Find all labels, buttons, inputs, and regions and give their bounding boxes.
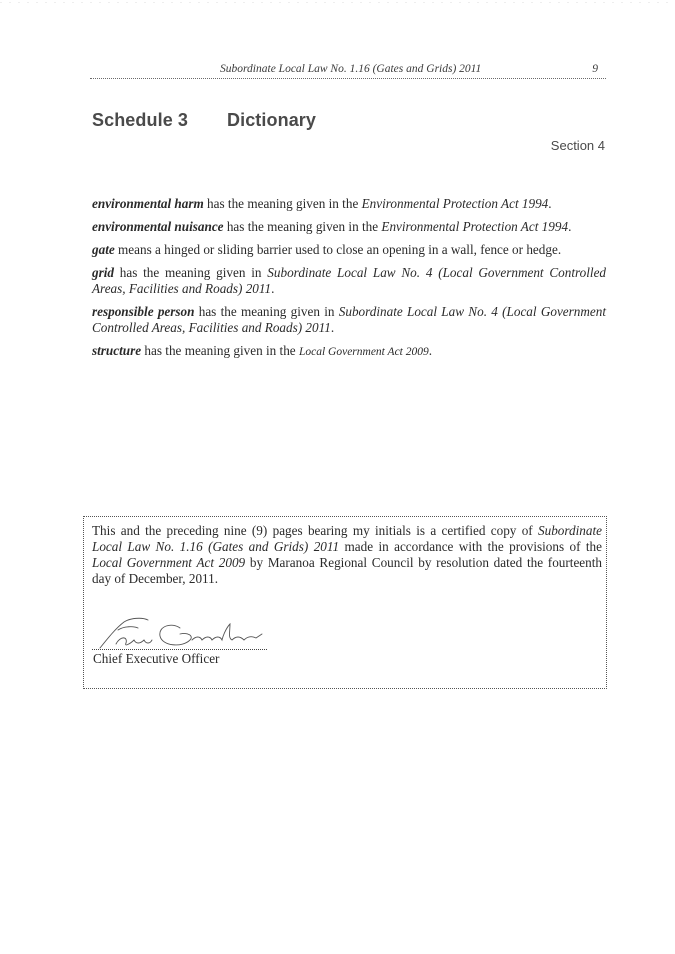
- act-reference: Local Government Act 2009: [299, 346, 429, 358]
- definition-term: grid: [92, 265, 114, 280]
- definition-term: environmental nuisance: [92, 219, 224, 234]
- signature-line: [92, 649, 267, 650]
- definitions-list: environmental harm has the meaning given…: [92, 196, 606, 367]
- definition-responsible-person: responsible person has the meaning given…: [92, 304, 606, 336]
- definition-environmental-nuisance: environmental nuisance has the meaning g…: [92, 219, 606, 235]
- act-reference: Local Government Act 2009: [92, 555, 245, 570]
- running-header: Subordinate Local Law No. 1.16 (Gates an…: [90, 62, 606, 79]
- certification-box: This and the preceding nine (9) pages be…: [83, 516, 607, 689]
- page-number: 9: [592, 63, 598, 75]
- definition-term: responsible person: [92, 304, 194, 319]
- act-reference: Environmental Protection Act 1994: [362, 196, 549, 211]
- definition-gate: gate means a hinged or sliding barrier u…: [92, 242, 606, 258]
- definition-structure: structure has the meaning given in the L…: [92, 343, 606, 360]
- signatory-title: Chief Executive Officer: [93, 651, 219, 667]
- section-reference: Section 4: [551, 138, 605, 153]
- definition-environmental-harm: environmental harm has the meaning given…: [92, 196, 606, 212]
- header-title: Subordinate Local Law No. 1.16 (Gates an…: [220, 63, 481, 75]
- schedule-heading: Schedule 3Dictionary: [92, 110, 316, 131]
- schedule-number: Schedule 3: [92, 110, 227, 131]
- definition-term: structure: [92, 343, 141, 358]
- definition-term: environmental harm: [92, 196, 204, 211]
- scan-artifact: [0, 2, 675, 3]
- definition-term: gate: [92, 242, 115, 257]
- signature-image: [94, 614, 269, 650]
- definition-grid: grid has the meaning given in Subordinat…: [92, 265, 606, 297]
- act-reference: Environmental Protection Act 1994: [381, 219, 568, 234]
- certification-statement: This and the preceding nine (9) pages be…: [92, 523, 602, 587]
- schedule-title: Dictionary: [227, 110, 316, 130]
